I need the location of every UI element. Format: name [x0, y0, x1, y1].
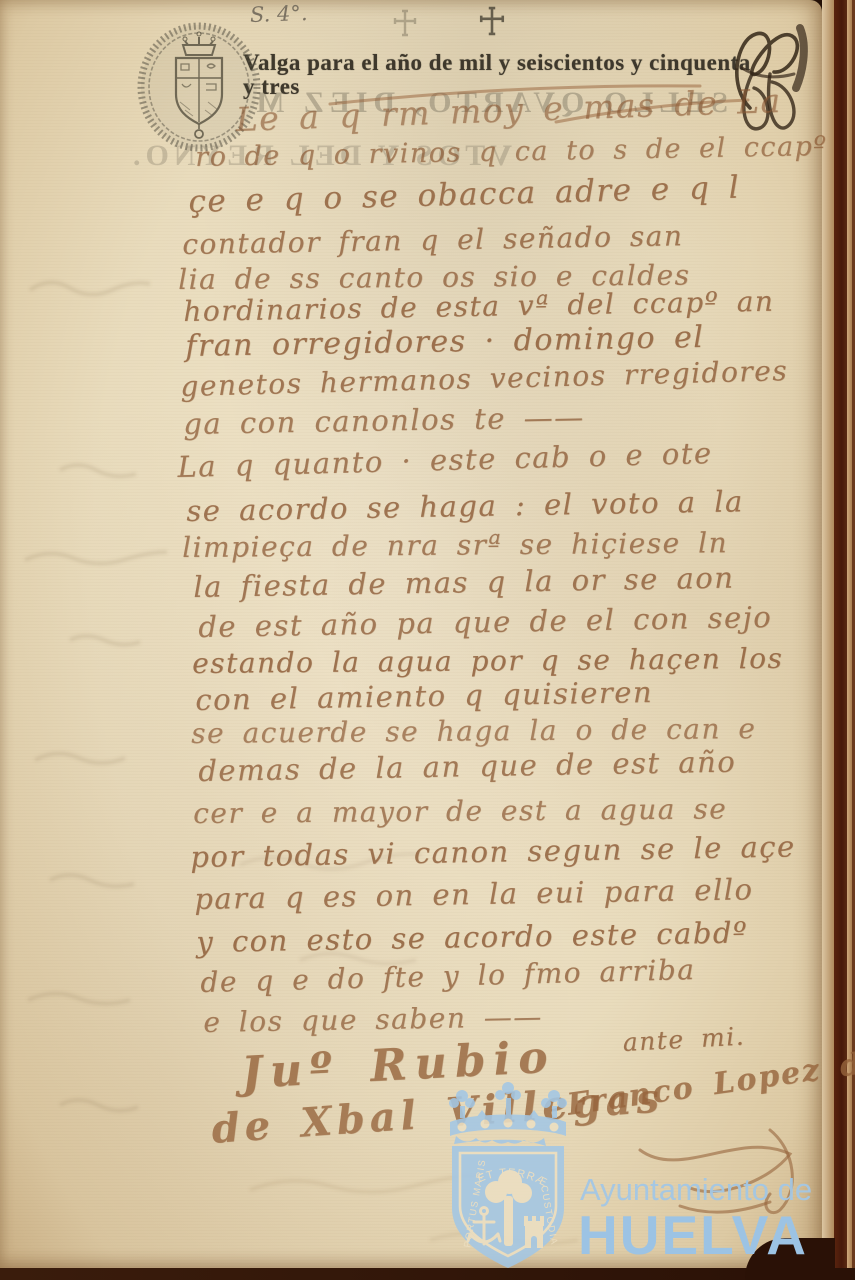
watermark-org-name: HUELVA — [578, 1203, 808, 1267]
manuscript-line: se acuerde se haga la o de can e — [191, 712, 757, 750]
printed-validation-line1: Valga para el año de mil y seiscientos y… — [243, 50, 751, 76]
cross-icon — [392, 8, 418, 38]
manuscript-line: cer e a mayor de est a agua se — [193, 792, 727, 830]
cross-icon — [478, 4, 506, 38]
castle-tower-icon — [524, 1216, 544, 1248]
huelva-coat-of-arms-watermark: ET TERRÆ PORTUS MARIS CUSTODIA — [432, 1080, 584, 1275]
manuscript-line: e los que saben —— — [203, 1000, 543, 1039]
manuscript-line: limpieça de nra srª se hiçiese ln — [182, 526, 728, 564]
manuscript-line: ga con canonlos te —— — [183, 400, 585, 441]
crown-icon — [449, 1082, 567, 1146]
notarial-rubric-flourish — [708, 16, 820, 144]
scanned-manuscript-page: { "colors": { "paper": "#e9dcbd", "manus… — [0, 0, 855, 1280]
manuscript-line: estando la agua por q se haçen los — [192, 642, 783, 680]
